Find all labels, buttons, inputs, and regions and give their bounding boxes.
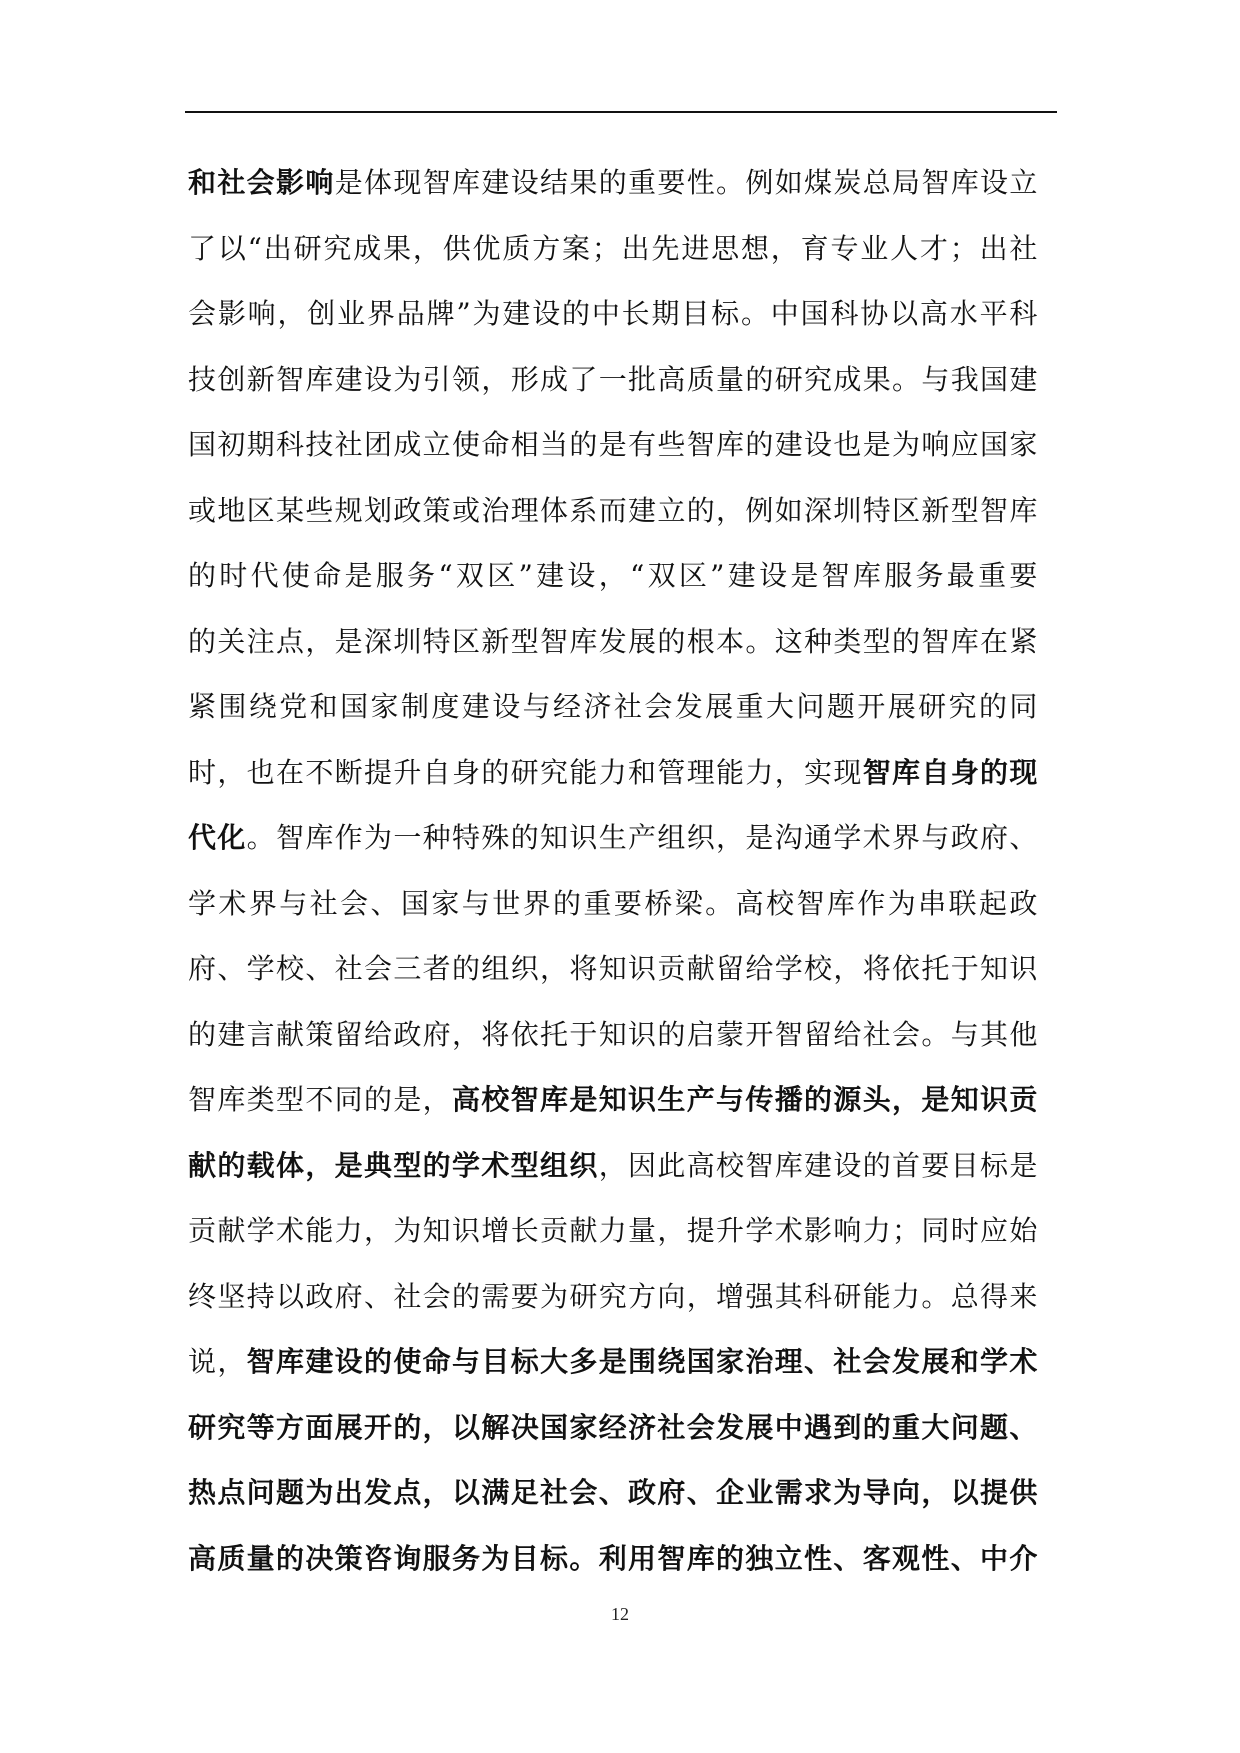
text-span: 终坚持以政府、社会的需要为研究方向，增强其科研能力。总得来 — [188, 1280, 1038, 1313]
text-line: 技创新智库建设为引领，形成了一批高质量的研究成果。与我国建 — [188, 357, 1038, 423]
text-line: 学术界与社会、国家与世界的重要桥梁。高校智库作为串联起政 — [188, 881, 1038, 947]
bold-text-span: 和社会影响 — [188, 166, 335, 199]
text-line: 贡献学术能力，为知识增长贡献力量，提升学术影响力；同时应始 — [188, 1208, 1038, 1274]
body-paragraph: 和社会影响是体现智库建设结果的重要性。例如煤炭总局智库设立了以“出研究成果，供优… — [188, 160, 1038, 1601]
text-span: 或地区某些规划政策或治理体系而建立的，例如深圳特区新型智库 — [188, 494, 1038, 527]
bold-text-span: 高校智库是知识生产与传播的源头，是知识贡 — [452, 1083, 1038, 1116]
text-span: 智库类型不同的是， — [188, 1083, 452, 1116]
page-number: 12 — [0, 1604, 1240, 1625]
text-span: 说， — [188, 1345, 247, 1378]
text-span: 的建言献策留给政府，将依托于知识的启蒙开智留给社会。与其他 — [188, 1018, 1038, 1051]
text-span: 时，也在不断提升自身的研究能力和管理能力，实现 — [188, 756, 863, 789]
text-line: 高质量的决策咨询服务为目标。利用智库的独立性、客观性、中介 — [188, 1536, 1038, 1602]
text-line: 终坚持以政府、社会的需要为研究方向，增强其科研能力。总得来 — [188, 1274, 1038, 1340]
bold-text-span: 智库自身的现 — [863, 756, 1038, 789]
text-line: 研究等方面展开的，以解决国家经济社会发展中遇到的重大问题、 — [188, 1405, 1038, 1471]
text-span: 国初期科技社团成立使命相当的是有些智库的建设也是为响应国家 — [188, 428, 1038, 461]
text-span: 了以“出研究成果，供优质方案；出先进思想，育专业人才；出社 — [188, 232, 1038, 265]
text-line: 智库类型不同的是，高校智库是知识生产与传播的源头，是知识贡 — [188, 1077, 1038, 1143]
text-line: 献的载体，是典型的学术型组织，因此高校智库建设的首要目标是 — [188, 1143, 1038, 1209]
text-span: 的时代使命是服务“双区”建设，“双区”建设是智库服务最重要 — [188, 559, 1038, 592]
text-line: 代化。智库作为一种特殊的知识生产组织，是沟通学术界与政府、 — [188, 815, 1038, 881]
text-line: 紧围绕党和国家制度建设与经济社会发展重大问题开展研究的同 — [188, 684, 1038, 750]
text-span: 是体现智库建设结果的重要性。例如煤炭总局智库设立 — [335, 166, 1038, 199]
bold-text-span: 高质量的决策咨询服务为目标。利用智库的独立性、客观性、中介 — [188, 1542, 1038, 1575]
text-line: 的时代使命是服务“双区”建设，“双区”建设是智库服务最重要 — [188, 553, 1038, 619]
text-line: 府、学校、社会三者的组织，将知识贡献留给学校，将依托于知识 — [188, 946, 1038, 1012]
text-line: 会影响，创业界品牌”为建设的中长期目标。中国科协以高水平科 — [188, 291, 1038, 357]
text-line: 和社会影响是体现智库建设结果的重要性。例如煤炭总局智库设立 — [188, 160, 1038, 226]
text-span: 会影响，创业界品牌”为建设的中长期目标。中国科协以高水平科 — [188, 297, 1038, 330]
text-line: 了以“出研究成果，供优质方案；出先进思想，育专业人才；出社 — [188, 226, 1038, 292]
header-rule — [185, 111, 1057, 113]
text-line: 国初期科技社团成立使命相当的是有些智库的建设也是为响应国家 — [188, 422, 1038, 488]
text-line: 时，也在不断提升自身的研究能力和管理能力，实现智库自身的现 — [188, 750, 1038, 816]
text-span: 的关注点，是深圳特区新型智库发展的根本。这种类型的智库在紧 — [188, 625, 1038, 658]
text-span: 学术界与社会、国家与世界的重要桥梁。高校智库作为串联起政 — [188, 887, 1038, 920]
text-span: 府、学校、社会三者的组织，将知识贡献留给学校，将依托于知识 — [188, 952, 1038, 985]
text-line: 或地区某些规划政策或治理体系而建立的，例如深圳特区新型智库 — [188, 488, 1038, 554]
text-line: 热点问题为出发点，以满足社会、政府、企业需求为导向，以提供 — [188, 1470, 1038, 1536]
text-span: 紧围绕党和国家制度建设与经济社会发展重大问题开展研究的同 — [188, 690, 1038, 723]
text-line: 的关注点，是深圳特区新型智库发展的根本。这种类型的智库在紧 — [188, 619, 1038, 685]
bold-text-span: 热点问题为出发点，以满足社会、政府、企业需求为导向，以提供 — [188, 1476, 1038, 1509]
text-span: 技创新智库建设为引领，形成了一批高质量的研究成果。与我国建 — [188, 363, 1038, 396]
bold-text-span: 智库建设的使命与目标大多是围绕国家治理、社会发展和学术 — [247, 1345, 1038, 1378]
text-span: ，因此高校智库建设的首要目标是 — [599, 1149, 1038, 1182]
bold-text-span: 研究等方面展开的，以解决国家经济社会发展中遇到的重大问题、 — [188, 1411, 1038, 1444]
bold-text-span: 献的载体，是典型的学术型组织 — [188, 1149, 599, 1182]
text-line: 说，智库建设的使命与目标大多是围绕国家治理、社会发展和学术 — [188, 1339, 1038, 1405]
bold-text-span: 代化 — [188, 821, 247, 854]
text-span: 。智库作为一种特殊的知识生产组织，是沟通学术界与政府、 — [247, 821, 1038, 854]
text-span: 贡献学术能力，为知识增长贡献力量，提升学术影响力；同时应始 — [188, 1214, 1038, 1247]
text-line: 的建言献策留给政府，将依托于知识的启蒙开智留给社会。与其他 — [188, 1012, 1038, 1078]
